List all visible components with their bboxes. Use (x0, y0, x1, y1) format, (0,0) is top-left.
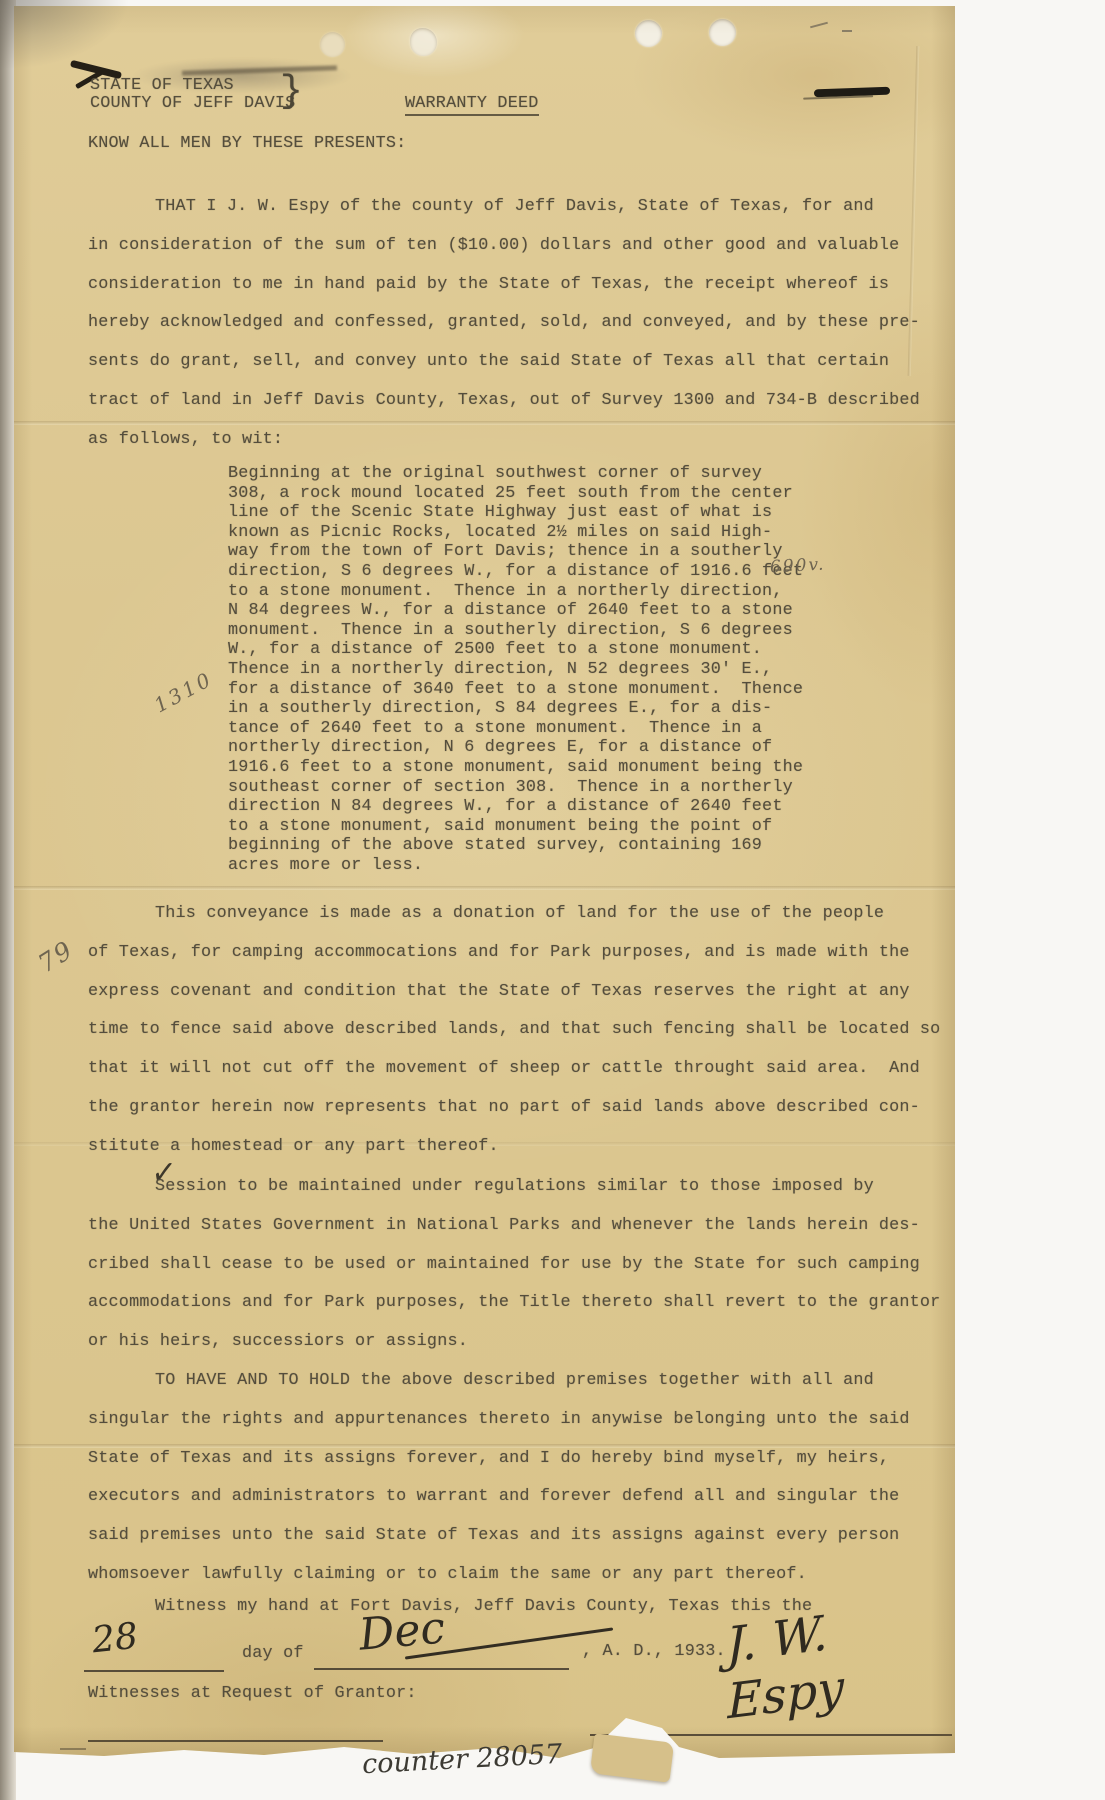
date-suffix: , A. D., 1933. (582, 1642, 726, 1661)
text-line: Session to be maintained under regulatio… (88, 1168, 940, 1207)
ink-bar-mark (814, 87, 890, 98)
scan-corner-shadow (0, 0, 130, 70)
text-line: TO HAVE AND TO HOLD the above described … (88, 1362, 910, 1401)
text-line: way from the town of Fort Davis; thence … (228, 542, 803, 562)
text-line: that it will not cut off the movement of… (88, 1050, 940, 1089)
text-line: the United States Government in National… (88, 1207, 940, 1246)
witness-signature-line-left (88, 1740, 383, 1742)
text-line: W., for a distance of 2500 feet to a sto… (228, 640, 803, 660)
text-line: consideration to me in hand paid by the … (88, 266, 920, 305)
text-line: hereby acknowledged and confessed, grant… (88, 304, 920, 343)
county-line: COUNTY OF JEFF DAVIS (90, 94, 295, 113)
punch-hole (709, 19, 736, 46)
text-line: in consideration of the sum of ten ($10.… (88, 227, 920, 266)
text-line: direction N 84 degrees W., for a distanc… (228, 797, 803, 817)
witness-clause: Witness my hand at Fort Davis, Jeff Davi… (88, 1597, 812, 1616)
text-line: beginning of the above stated survey, co… (228, 836, 803, 856)
month-underline (314, 1668, 569, 1670)
text-line: whomsoever lawfully claiming or to claim… (88, 1556, 910, 1595)
text-line: 1916.6 feet to a stone monument, said mo… (228, 758, 803, 778)
text-line: State of Texas and its assigns forever, … (88, 1440, 910, 1479)
text-line: of Texas, for camping accommocations and… (88, 934, 940, 973)
day-of-label: day of (242, 1644, 304, 1663)
text-line: sents do grant, sell, and convey unto th… (88, 343, 920, 382)
text-line: time to fence said above described lands… (88, 1011, 940, 1050)
text-line: express covenant and condition that the … (88, 973, 940, 1012)
text-line: in a southerly direction, S 84 degrees E… (228, 699, 803, 719)
pencil-tick (60, 1748, 86, 1750)
text-line: THAT I J. W. Espy of the county of Jeff … (88, 188, 920, 227)
habendum-paragraph: TO HAVE AND TO HOLD the above described … (88, 1362, 910, 1595)
torn-paper-fragment (590, 1733, 674, 1782)
text-line: acres more or less. (228, 856, 803, 876)
punch-hole (635, 20, 662, 47)
text-line: 308, a rock mound located 25 feet south … (228, 484, 803, 504)
text-line: tract of land in Jeff Davis County, Texa… (88, 382, 920, 421)
text-line: executors and administrators to warrant … (88, 1478, 910, 1517)
notary-brace: } (280, 70, 303, 113)
text-line: Beginning at the original southwest corn… (228, 464, 803, 484)
text-line: singular the rights and appurtenances th… (88, 1401, 910, 1440)
witness-signature-line-right (590, 1734, 952, 1736)
text-line: the grantor herein now represents that n… (88, 1089, 940, 1128)
text-line: known as Picnic Rocks, located 2½ miles … (228, 523, 803, 543)
text-line: direction, S 6 degrees W., for a distanc… (228, 562, 803, 582)
text-line: for a distance of 3640 feet to a stone m… (228, 680, 803, 700)
salutation: KNOW ALL MEN BY THESE PRESENTS: (88, 134, 406, 153)
text-line: N 84 degrees W., for a distance of 2640 … (228, 601, 803, 621)
pencil-tick (842, 30, 852, 32)
day-underline (84, 1670, 224, 1672)
punch-hole (320, 32, 345, 57)
state-line: STATE OF TEXAS (90, 76, 234, 95)
text-line: to a stone monument, said monument being… (228, 817, 803, 837)
text-line: cribed shall cease to be used or maintai… (88, 1246, 940, 1285)
text-line: monument. Thence in a southerly directio… (228, 621, 803, 641)
text-line: as follows, to wit: (88, 421, 920, 460)
session-paragraph: Session to be maintained under regulatio… (88, 1168, 940, 1362)
punch-hole (410, 28, 437, 56)
text-line: Thence in a northerly direction, N 52 de… (228, 660, 803, 680)
text-line: said premises unto the said State of Tex… (88, 1517, 910, 1556)
pencil-note-690v: 690v. (770, 555, 826, 578)
text-line: southeast corner of section 308. Thence … (228, 778, 803, 798)
pencil-note-1310: 1310 (150, 667, 217, 718)
deed-page: STATE OF TEXAS COUNTY OF JEFF DAVIS } WA… (14, 6, 955, 1758)
text-line: accommodations and for Park purposes, th… (88, 1284, 940, 1323)
witnesses-label: Witnesses at Request of Grantor: (88, 1684, 417, 1703)
scan-background: STATE OF TEXAS COUNTY OF JEFF DAVIS } WA… (0, 0, 1105, 1800)
day-value-handwritten: 28 (90, 1616, 140, 1662)
opening-paragraph: THAT I J. W. Espy of the county of Jeff … (88, 188, 920, 460)
deed-title: WARRANTY DEED (405, 94, 539, 116)
land-description: Beginning at the original southwest corn… (228, 464, 803, 875)
text-line: tance of 2640 feet to a stone monument. … (228, 719, 803, 739)
text-line: to a stone monument. Thence in a norther… (228, 582, 803, 602)
pencil-tick (810, 22, 828, 29)
pencil-note-79: 79 (33, 935, 79, 979)
text-line: This conveyance is made as a donation of… (88, 895, 940, 934)
text-line: line of the Scenic State Highway just ea… (228, 503, 803, 523)
paper-crease (14, 886, 955, 890)
text-line: stitute a homestead or any part thereof. (88, 1128, 940, 1167)
conveyance-paragraph: This conveyance is made as a donation of… (88, 895, 940, 1167)
text-line: or his heirs, successiors or assigns. (88, 1323, 940, 1362)
text-line: northerly direction, N 6 degrees E, for … (228, 738, 803, 758)
